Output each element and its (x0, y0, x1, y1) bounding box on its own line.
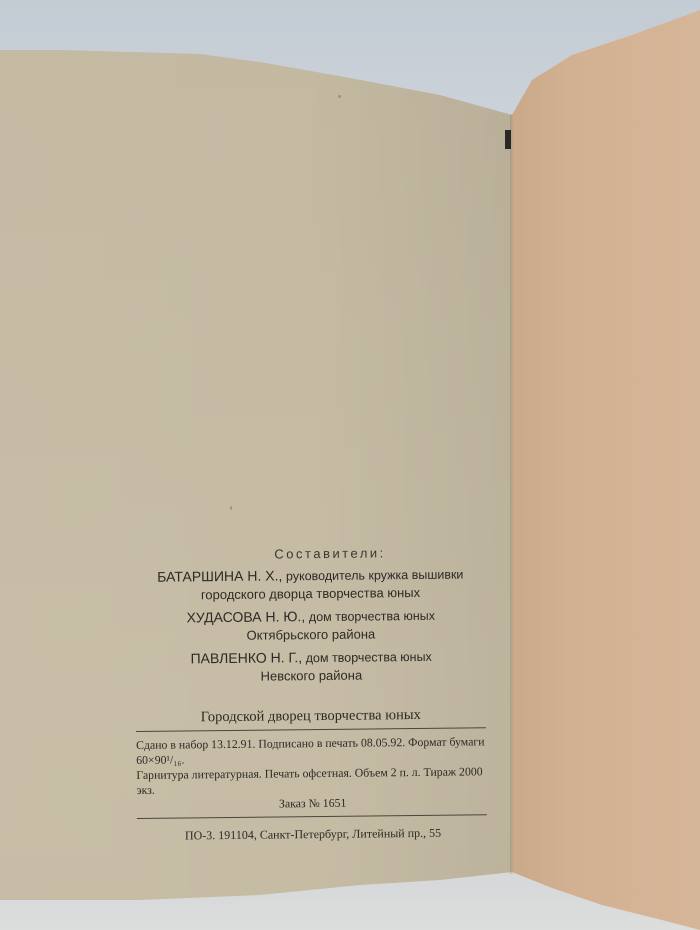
author-entry: БАТАРШИНА Н. Х., руководитель кружка выш… (130, 565, 490, 604)
order-number: Заказ № 1651 (137, 794, 489, 813)
author-name: БАТАРШИНА Н. Х., (157, 567, 282, 584)
author-affiliation: Октябрьского района (131, 624, 491, 645)
paper-speck (230, 506, 232, 510)
staple-mark (505, 130, 511, 149)
imprint-line-1: Сдано в набор 13.12.91. Подписано в печа… (136, 734, 488, 768)
paper-speck (338, 95, 341, 98)
divider (137, 814, 487, 819)
author-name: ХУДАСОВА Н. Ю., (186, 608, 305, 625)
book-gutter (510, 114, 513, 874)
compilers-heading: Составители: (210, 545, 450, 563)
right-page (512, 0, 700, 930)
author-role: дом творчества юных (309, 609, 435, 624)
author-name: ПАВЛЕНКО Н. Г., (190, 649, 302, 666)
author-entry: ПАВЛЕНКО Н. Г., дом творчества юных Невс… (131, 647, 491, 686)
imprint-line-2: Гарнитура литературная. Печать офсетная.… (136, 764, 488, 798)
author-role: руководитель кружка вышивки (286, 568, 464, 584)
author-entry: ХУДАСОВА Н. Ю., дом творчества юных Октя… (131, 606, 491, 645)
colophon: Составители: БАТАРШИНА Н. Х., руководите… (130, 544, 493, 844)
author-role: дом творчества юных (306, 650, 432, 665)
author-affiliation: Невского района (131, 665, 491, 686)
publisher-name: Городской дворец творчества юных (136, 706, 486, 732)
imprint-block: Сдано в набор 13.12.91. Подписано в печа… (136, 734, 489, 813)
